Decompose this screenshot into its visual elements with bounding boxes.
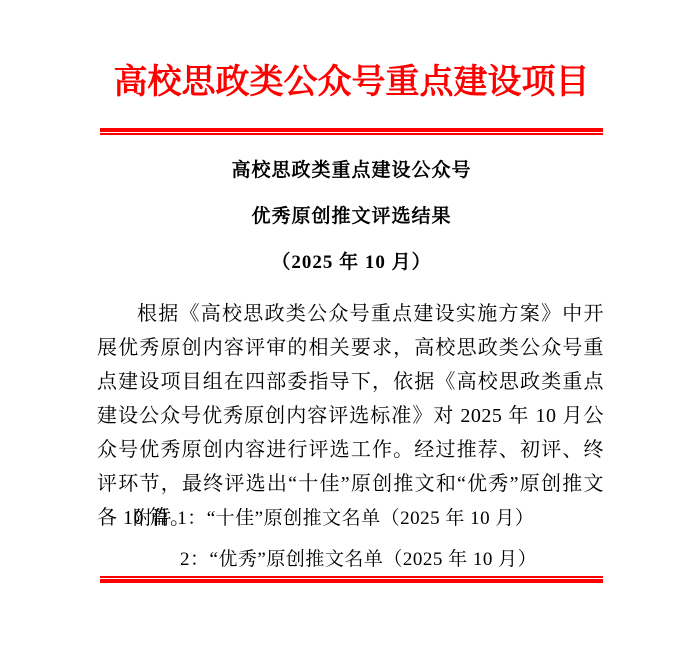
attachment-line-2: 2：“优秀”原创推文名单（2025 年 10 月） [180, 548, 537, 572]
subtitle-line-result-title: 优秀原创推文评选结果 [100, 205, 603, 229]
attachment-line-1: 附件 1：“十佳”原创推文名单（2025 年 10 月） [133, 507, 534, 531]
document-title: 高校思政类公众号重点建设项目 [100, 62, 603, 104]
footer-double-rule [100, 576, 603, 583]
subtitle-line-date: （2025 年 10 月） [100, 251, 603, 275]
header-double-rule [100, 128, 603, 135]
document-page: 高校思政类公众号重点建设项目 高校思政类重点建设公众号 优秀原创推文评选结果 （… [0, 0, 700, 658]
subtitle-line-account-name: 高校思政类重点建设公众号 [100, 159, 603, 183]
header-rule-thin-bar [100, 133, 603, 135]
footer-rule-thick-bar [100, 579, 603, 583]
body-paragraph: 根据《高校思政类公众号重点建设实施方案》中开展优秀原创内容评审的相关要求，高校思… [97, 297, 604, 535]
